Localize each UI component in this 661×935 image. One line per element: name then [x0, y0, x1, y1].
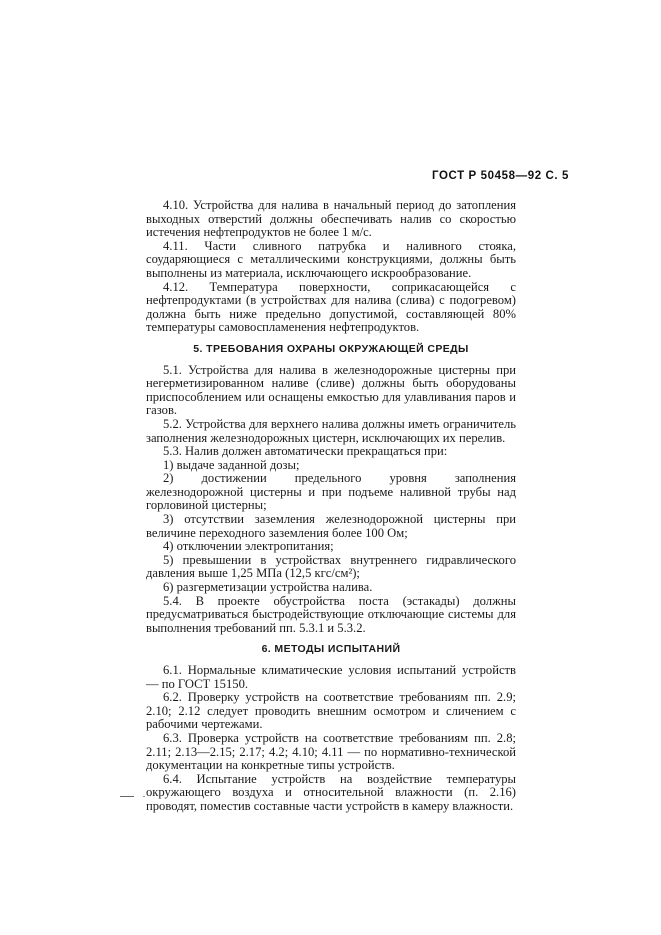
- document-body: 4.10. Устройства для налива в начальный …: [146, 199, 516, 814]
- clause-6-1: 6.1. Нормальные климатические условия ис…: [146, 664, 516, 691]
- clause-5-4: 5.4. В проекте обустройства поста (эстак…: [146, 595, 516, 636]
- list-item-4: 4) отключении электропитания;: [146, 540, 516, 554]
- scan-speck: [143, 796, 145, 797]
- running-header: ГОСТ Р 50458—92 С. 5: [432, 170, 569, 182]
- clause-4-11: 4.11. Части сливного патрубка и наливног…: [146, 240, 516, 281]
- clause-6-2: 6.2. Проверку устройств на соответствие …: [146, 691, 516, 732]
- clause-6-4: 6.4. Испытание устройств на воздействие …: [146, 773, 516, 814]
- section-heading-6: 6. МЕТОДЫ ИСПЫТАНИЙ: [146, 643, 516, 657]
- document-page: ГОСТ Р 50458—92 С. 5 4.10. Устройства дл…: [0, 0, 661, 935]
- list-item-2: 2) достижении предельного уровня заполне…: [146, 472, 516, 513]
- clause-4-10: 4.10. Устройства для налива в начальный …: [146, 199, 516, 240]
- clause-5-2: 5.2. Устройства для верхнего налива долж…: [146, 418, 516, 445]
- clause-6-3: 6.3. Проверка устройств на соответствие …: [146, 732, 516, 773]
- list-item-6: 6) разгерметизации устройства налива.: [146, 581, 516, 595]
- scan-mark: [120, 796, 134, 797]
- section-heading-5: 5. ТРЕБОВАНИЯ ОХРАНЫ ОКРУЖАЮЩЕЙ СРЕДЫ: [146, 343, 516, 357]
- clause-5-1: 5.1. Устройства для налива в железнодоро…: [146, 364, 516, 418]
- list-item-1: 1) выдаче заданной дозы;: [146, 459, 516, 473]
- list-item-3: 3) отсутствии заземления железнодорожной…: [146, 513, 516, 540]
- clause-5-3: 5.3. Налив должен автоматически прекраща…: [146, 445, 516, 459]
- clause-4-12: 4.12. Температура поверхности, соприкаса…: [146, 281, 516, 335]
- list-item-5: 5) превышении в устройствах внутреннего …: [146, 554, 516, 581]
